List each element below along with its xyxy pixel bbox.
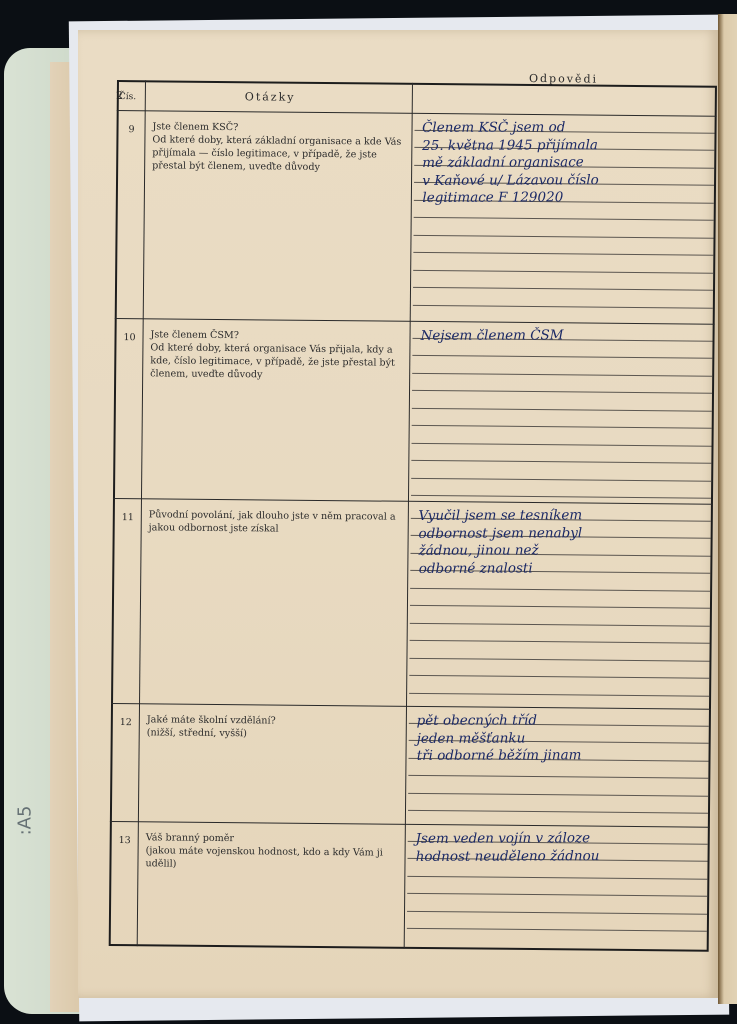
question-text: Váš branný poměr (jakou máte vojenskou h… <box>145 831 399 872</box>
handwritten-answer: Nejsem členem ČSM <box>421 327 711 346</box>
handwritten-answer: Jsem veden vojín v záloze hodnost neuděl… <box>416 830 706 866</box>
table-row: 9 Jste členem KSČ? Od které doby, která … <box>115 110 717 325</box>
question-text: Jste členem KSČ? Od které doby, která zá… <box>152 120 406 174</box>
table-row: 11 Původní povolání, jak dlouho jste v n… <box>111 498 713 710</box>
questionnaire-table: Čís. Otázky Odpovědi 9 Jste členem KSČ? … <box>109 80 717 952</box>
facing-page-edge <box>718 14 737 1004</box>
handwritten-answer: pět obecných tříd jeden měšťanku tři odb… <box>417 712 707 766</box>
side-mark: :A5 <box>14 806 35 836</box>
answer-lines <box>411 321 713 499</box>
row-number: 10 <box>117 332 141 343</box>
row-number: 12 <box>114 717 138 728</box>
row-number: 9 <box>119 124 143 135</box>
row-number: 11 <box>116 512 140 523</box>
handwritten-answer: Členem KSČ jsem od 25. května 1945 přijí… <box>422 119 712 208</box>
table-row: 13 Váš branný poměr (jakou máte vojensko… <box>109 821 710 950</box>
header-answers: Odpovědi <box>529 72 598 86</box>
question-text: Původní povolání, jak dlouho jste v něm … <box>149 508 403 536</box>
table-row: 12 Jaké máte školní vzdělání? (nižší, st… <box>110 703 711 828</box>
handwritten-answer: Vyučil jsem se tesníkem odbornost jsem n… <box>418 507 708 578</box>
table-row: 10 Jste členem ČSM? Od které doby, která… <box>113 318 715 505</box>
question-text: Jaké máte školní vzdělání? (nižší, střed… <box>147 713 401 741</box>
row-number: 13 <box>113 835 137 846</box>
header-questions: Otázky <box>245 90 296 103</box>
question-text: Jste členem ČSM? Od které doby, která or… <box>150 328 404 382</box>
header-number: Čís. <box>119 92 136 102</box>
